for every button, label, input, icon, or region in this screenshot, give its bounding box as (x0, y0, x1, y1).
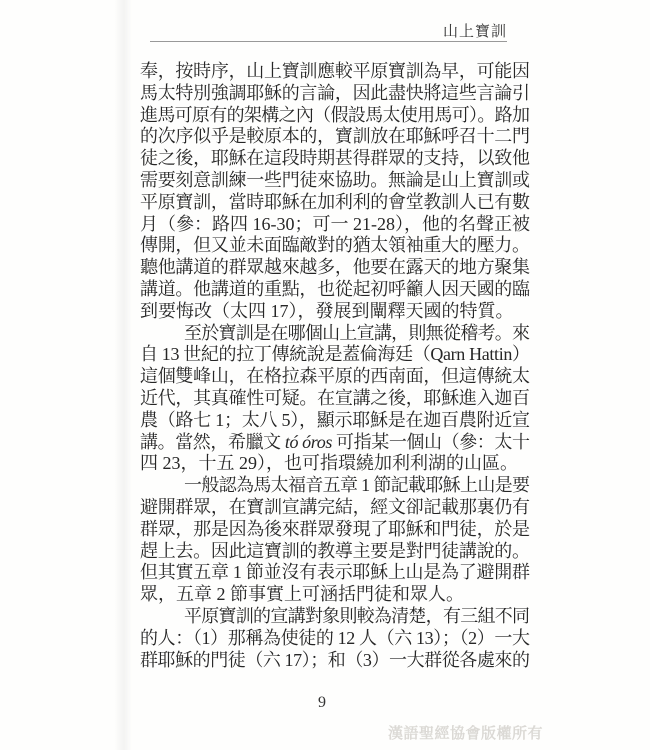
page-number: 9 (300, 694, 344, 712)
header-rule (150, 41, 507, 42)
text-line: 至於寶訓是在哪個山上宣講，則無從稽考。來 (140, 323, 530, 345)
text-line: 農（路七 1；太八 5），顯示耶穌是在迦百農附近宣 (140, 410, 530, 432)
text-line: 這個雙峰山，在格拉森平原的西南面，但這傳統太 (140, 366, 530, 388)
text-line: 傳開，但又並未面臨敵對的猶太領袖重大的壓力。 (140, 235, 530, 257)
text-line: 聽他講道的群眾越來越多，他要在露天的地方聚集 (140, 257, 530, 279)
running-header-title: 山上寶訓 (443, 20, 507, 41)
text-line: 平原寶訓，當時耶穌在加利利的會堂教訓人已有數 (140, 192, 530, 214)
text-line: 的人：（1）那稱為使徒的 12 人（六 13）；（2）一大 (140, 628, 530, 650)
text-line: 自 13 世紀的拉丁傳統說是蓋倫海廷（Qarn Hattin） (140, 344, 530, 366)
text-line: 需要刻意訓練一些門徒來協助。無論是山上寶訓或 (140, 170, 530, 192)
text-line: 徒之後，耶穌在這段時期甚得群眾的支持，以致他 (140, 148, 530, 170)
body-text: 奉，按時序，山上寶訓應較平原寶訓為早，可能因馬太特別強調耶穌的言論，因此盡快將這… (140, 61, 530, 671)
text-line: 一般認為馬太福音五章 1 節記載耶穌上山是要 (140, 475, 530, 497)
text-line: 奉，按時序，山上寶訓應較平原寶訓為早，可能因 (140, 61, 530, 83)
text-line: 但其實五章 1 節並沒有表示耶穌上山是為了避開群 (140, 562, 530, 584)
text-line: 四 23，十五 29），也可指環繞加利利湖的山區。 (140, 453, 530, 475)
text-line: 月（參：路四 16-30；可一 21-28），他的名聲正被 (140, 214, 530, 236)
text-line: 講道。他講道的重點，也從起初呼籲人因天國的臨 (140, 279, 530, 301)
text-line: 講。當然，希臘文 tó óros 可指某一個山（參：太十 (140, 432, 530, 454)
text-line: 近代，其真確性可疑。在宣講之後，耶穌進入迦百 (140, 388, 530, 410)
book-page: 山上寶訓 奉，按時序，山上寶訓應較平原寶訓為早，可能因馬太特別強調耶穌的言論，因… (0, 0, 650, 750)
copyright-watermark: 漢語聖經協會版權所有 (388, 722, 543, 743)
text-line: 進馬可原有的架構之內（假設馬太使用馬可）。路加 (140, 105, 530, 127)
text-line: 避開群眾，在寶訓宣講完結，經文卻記載那裏仍有 (140, 497, 530, 519)
text-line: 到要悔改（太四 17），發展到闡釋天國的特質。 (140, 301, 530, 323)
text-line: 眾，五章 2 節事實上可涵括門徒和眾人。 (140, 584, 530, 606)
text-line: 平原寶訓的宣講對象則較為清楚，有三組不同 (140, 606, 530, 628)
text-line: 群耶穌的門徒（六 17）；和（3）一大群從各處來的 (140, 650, 530, 672)
text-line: 的次序似乎是較原本的，寶訓放在耶穌呼召十二門 (140, 126, 530, 148)
scan-gutter-shadow (114, 0, 132, 750)
text-line: 群眾，那是因為後來群眾發現了耶穌和門徒，於是 (140, 519, 530, 541)
text-line: 趕上去。因此這寶訓的教導主要是對門徒講說的。 (140, 541, 530, 563)
text-line: 馬太特別強調耶穌的言論，因此盡快將這些言論引 (140, 83, 530, 105)
